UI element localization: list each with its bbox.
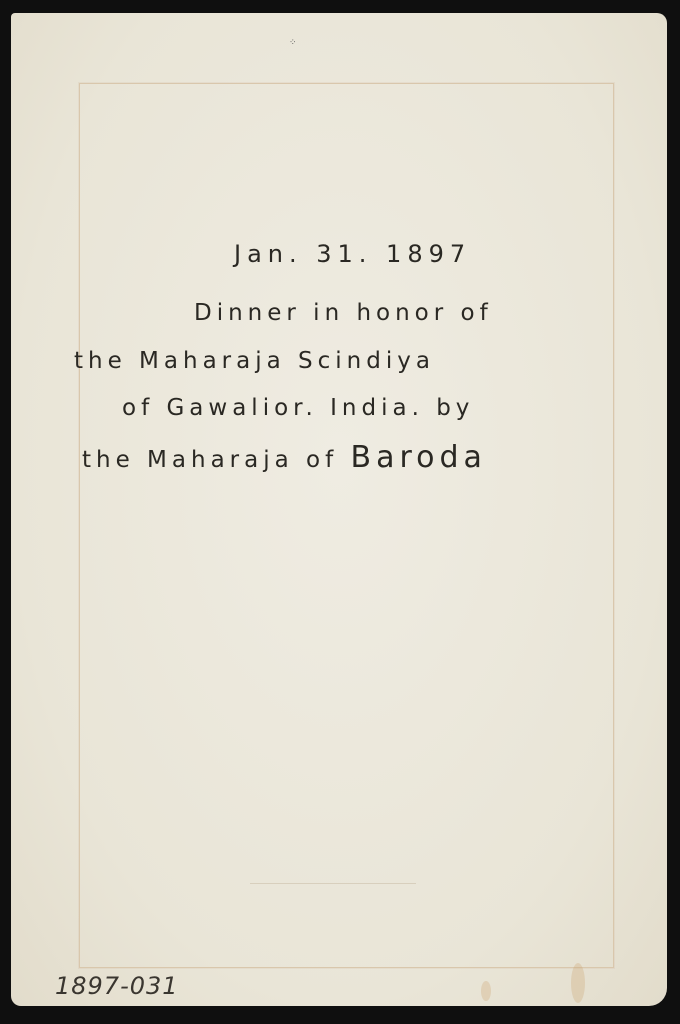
handwritten-line-3: of Gawalior. India. by <box>122 395 474 421</box>
line-4-emphasis: Baroda <box>351 440 487 475</box>
stain-mark <box>481 981 491 1001</box>
stain-mark <box>571 963 585 1003</box>
handwritten-date: Jan. 31. 1897 <box>234 240 471 268</box>
handwritten-line-2: the Maharaja Scindiya <box>74 348 435 374</box>
handwritten-line-1: Dinner in honor of <box>194 300 493 326</box>
printed-border-frame <box>79 83 614 968</box>
catalog-number: 1897-031 <box>55 972 179 1000</box>
menu-card: ⁘ <box>11 13 667 1006</box>
line-4-prefix: the Maharaja of <box>82 447 351 473</box>
show-through-rule <box>250 883 416 884</box>
punch-mark: ⁘ <box>289 37 298 48</box>
handwritten-line-4: the Maharaja of Baroda <box>82 440 487 475</box>
